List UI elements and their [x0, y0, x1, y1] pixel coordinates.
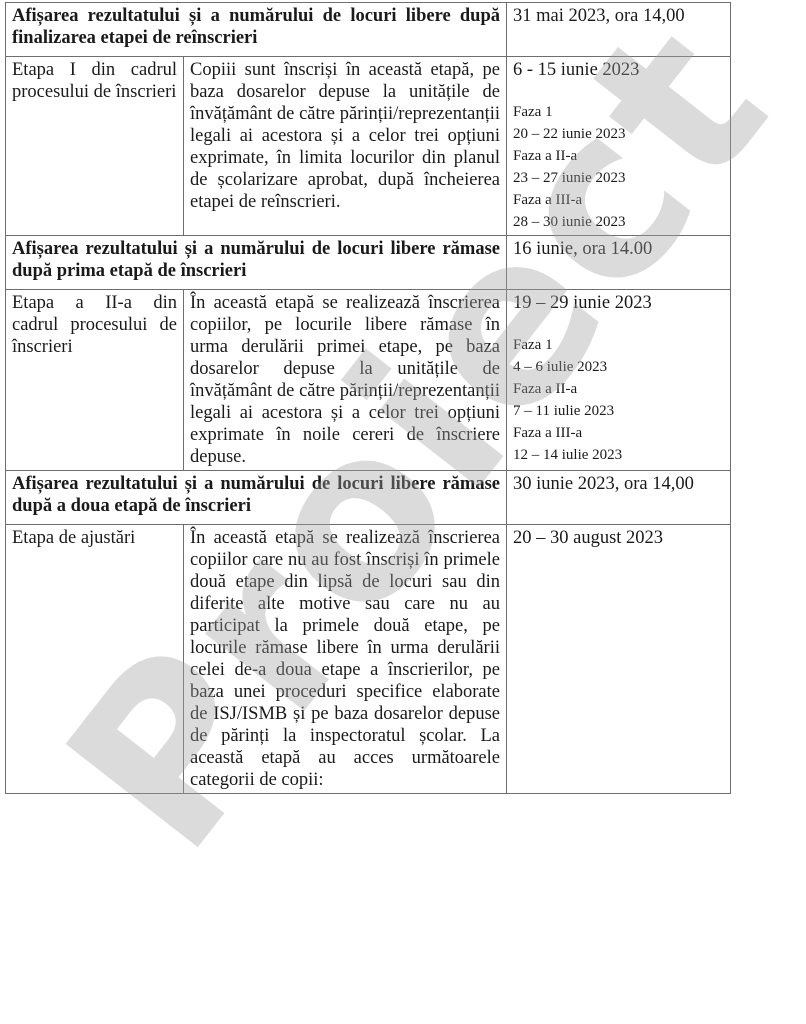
- table-row: Etapa a II-a din cadrul procesului de în…: [6, 290, 731, 471]
- document-page: Afișarea rezultatului și a numărului de …: [0, 0, 806, 1024]
- table-row: Afișarea rezultatului și a numărului de …: [6, 3, 731, 57]
- table-row: Etapa I din cadrul procesului de înscrie…: [6, 57, 731, 236]
- phase-dates: 23 – 27 iunie 2023: [513, 167, 724, 189]
- table-row: Afișarea rezultatului și a numărului de …: [6, 236, 731, 290]
- stage-name: Etapa a II-a din cadrul procesului de în…: [6, 290, 184, 471]
- phase-dates: 20 – 22 iunie 2023: [513, 123, 724, 145]
- stage-description: Copiii sunt înscriși în această etapă, p…: [184, 57, 507, 236]
- phase-label: Faza a III-a: [513, 422, 724, 444]
- announcement-date: 31 mai 2023, ora 14,00: [507, 3, 731, 57]
- stage-dates-cell: 19 – 29 iunie 2023 Faza 1 4 – 6 iulie 20…: [507, 290, 731, 471]
- stage-description: În această etapă se realizează înscriere…: [184, 290, 507, 471]
- stage-date: 20 – 30 august 2023: [507, 525, 731, 794]
- phase-label: Faza a II-a: [513, 145, 724, 167]
- table-row: Etapa de ajustări În această etapă se re…: [6, 525, 731, 794]
- phase-dates: 7 – 11 iulie 2023: [513, 400, 724, 422]
- announcement-title: Afișarea rezultatului și a numărului de …: [6, 3, 507, 57]
- phase-list: Faza 1 4 – 6 iulie 2023 Faza a II-a 7 – …: [513, 334, 724, 466]
- stage-name: Etapa I din cadrul procesului de înscrie…: [6, 57, 184, 236]
- phase-dates: 12 – 14 iulie 2023: [513, 444, 724, 466]
- stage-dates-cell: 6 - 15 iunie 2023 Faza 1 20 – 22 iunie 2…: [507, 57, 731, 236]
- phase-list: Faza 1 20 – 22 iunie 2023 Faza a II-a 23…: [513, 101, 724, 233]
- stage-date: 19 – 29 iunie 2023: [513, 292, 724, 314]
- phase-label: Faza a II-a: [513, 378, 724, 400]
- phase-dates: 28 – 30 iunie 2023: [513, 211, 724, 233]
- phase-dates: 4 – 6 iulie 2023: [513, 356, 724, 378]
- enrollment-schedule-table: Afișarea rezultatului și a numărului de …: [5, 2, 731, 794]
- stage-date: 6 - 15 iunie 2023: [513, 59, 724, 81]
- phase-label: Faza 1: [513, 334, 724, 356]
- stage-description: În această etapă se realizează înscriere…: [184, 525, 507, 794]
- table-row: Afișarea rezultatului și a numărului de …: [6, 471, 731, 525]
- announcement-title: Afișarea rezultatului și a numărului de …: [6, 471, 507, 525]
- announcement-date: 30 iunie 2023, ora 14,00: [507, 471, 731, 525]
- announcement-date: 16 iunie, ora 14.00: [507, 236, 731, 290]
- announcement-title: Afișarea rezultatului și a numărului de …: [6, 236, 507, 290]
- phase-label: Faza 1: [513, 101, 724, 123]
- stage-name: Etapa de ajustări: [6, 525, 184, 794]
- phase-label: Faza a III-a: [513, 189, 724, 211]
